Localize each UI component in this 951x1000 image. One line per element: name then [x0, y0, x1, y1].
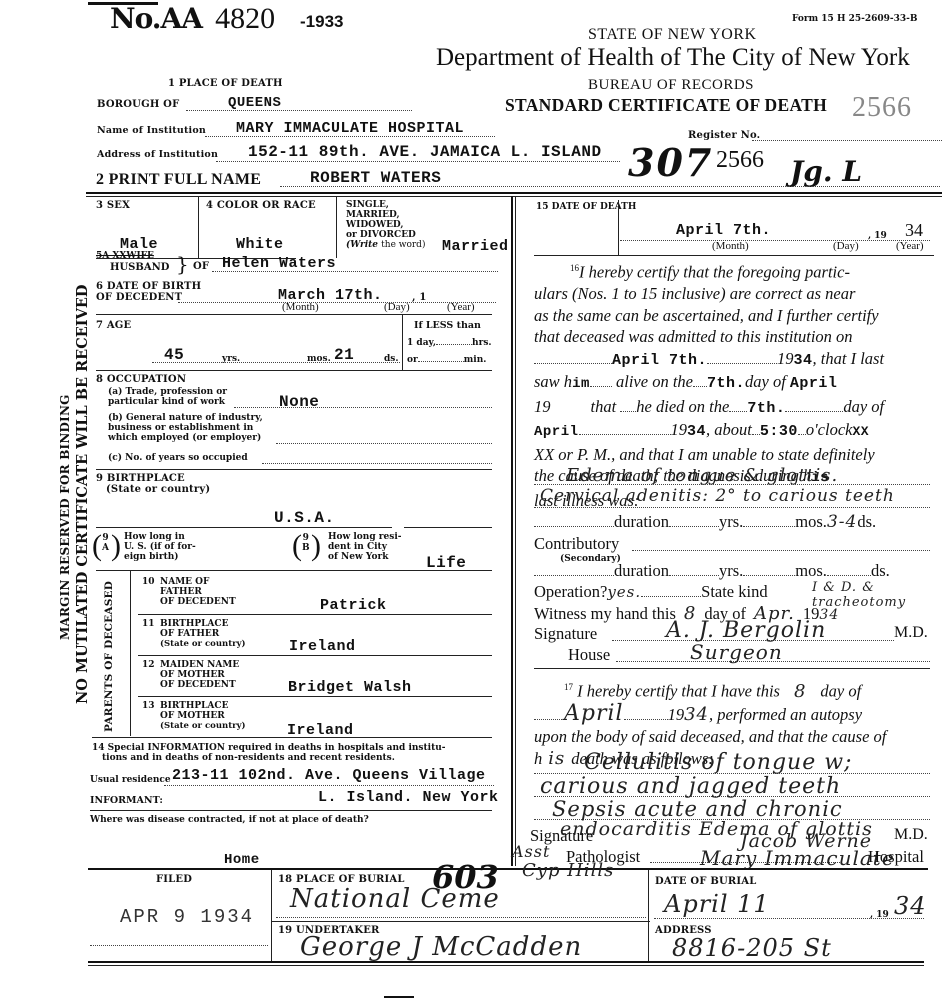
birthplace-value: U.S.A.	[274, 509, 335, 527]
date-of-death-label: 15 DATE OF DEATH	[536, 202, 636, 212]
parent-row-11-num: 11	[142, 619, 155, 629]
sex-label: 3 SEX	[96, 200, 130, 211]
spouse-brace: }	[176, 252, 189, 276]
full-name-value: ROBERT WATERS	[310, 169, 441, 187]
hospital-value: Mary Immaculate	[700, 846, 895, 870]
primary-duration-row: durationyrs.mos.3-4ds.	[534, 512, 876, 532]
age-years-value: 45	[164, 346, 184, 364]
primary-duration-days: 3-4	[827, 512, 857, 532]
filed-stamp: APR 9 1934	[120, 906, 254, 928]
age-label: 7 AGE	[96, 320, 131, 331]
rule-certification	[534, 668, 930, 669]
address-label: Address of Institution	[97, 149, 218, 160]
operation-value: yes.	[607, 583, 641, 601]
burial-address-value: 8816-205 St	[672, 934, 832, 962]
occupation-label: 8 OCCUPATION	[96, 374, 186, 385]
hospital-label: Hospital	[868, 847, 924, 867]
date-of-death-value: April 7th.	[676, 222, 771, 239]
stamp-number: 2566	[852, 92, 912, 124]
parent-row-10-label: NAME OF FATHER OF DECEDENT	[160, 577, 236, 607]
rule-dob	[96, 314, 492, 315]
race-value: White	[236, 236, 284, 253]
marital-label-line: MARRIED,	[346, 210, 425, 220]
diagnosis-line-1: Edema of tongue & glottis.	[566, 465, 838, 486]
informant-label: INFORMANT:	[90, 796, 163, 806]
saw-pronoun: im	[572, 376, 590, 392]
contributory-field	[632, 550, 930, 551]
dod-year-prefix: , 19	[868, 231, 887, 241]
rule-dod	[534, 255, 934, 256]
sex-race-divider	[198, 196, 199, 258]
bureau-heading: BUREAU OF RECORDS	[588, 77, 754, 94]
marital-value: Married	[442, 238, 509, 255]
dod-year-caption: (Year)	[896, 240, 924, 252]
address-field	[216, 161, 620, 162]
cert-no-value: 4820	[215, 2, 275, 35]
burial-place-value: National Ceme	[290, 884, 500, 914]
bottom-mark	[384, 996, 414, 998]
rule-parent-11	[138, 655, 492, 656]
header-double-rule-1	[86, 192, 942, 194]
state-heading: STATE OF NEW YORK	[588, 26, 757, 44]
residence-9a-label: How long in U. S. (if of for- eign birth…	[124, 532, 196, 562]
age-divider	[402, 314, 403, 370]
age-days-value: 21	[334, 346, 354, 364]
residence-9a-num: 9 A	[102, 533, 109, 553]
signature-label: Signature	[534, 624, 597, 644]
marital-label-line: SINGLE,	[346, 200, 425, 210]
usual-residence-label: Usual residence	[90, 775, 171, 785]
certificate-number: No.AA 4820	[110, 2, 275, 36]
burial-date-divider	[648, 870, 649, 962]
pathologist-prefix: Asst	[512, 842, 550, 861]
occupation-c-field	[262, 463, 492, 464]
admitted-year: 34	[794, 352, 813, 369]
marital-write-hint: (Write the word)	[346, 240, 425, 250]
residence-9a-paren-close: )	[111, 529, 121, 563]
parent-row-11-label: BIRTHPLACE OF FATHER (State or country)	[160, 619, 246, 649]
disease-contracted-label: Where was disease contracted, if not at …	[90, 815, 369, 825]
special-info-label: 14 Special INFORMATION required in death…	[92, 743, 446, 763]
rule-bottom-top	[88, 868, 928, 870]
parents-side-label: PARENTS OF DECEASED	[104, 581, 115, 732]
place-of-death-heading: 1 PLACE OF DEATH	[168, 78, 283, 89]
rule-bottom-1	[88, 961, 924, 963]
column-divider	[511, 196, 513, 866]
contributory-label: Contributory	[534, 534, 619, 554]
age-field	[152, 362, 400, 363]
spouse-value: Helen Waters	[222, 255, 336, 272]
autopsy-day: 8	[794, 681, 806, 702]
spouse-label-struck: 5A XXWIFE	[96, 251, 169, 262]
race-marital-divider	[336, 196, 337, 258]
address-value: 152-11 89th. AVE. JAMAICA L. ISLAND	[248, 143, 602, 161]
rule-parent-13	[92, 737, 492, 738]
autopsy-pronoun: is	[548, 748, 565, 769]
margin-mutilated-text: NO MUTILATED CERTIFICATE WILL BE RECEIVE…	[74, 285, 91, 704]
cert-year-suffix: -1933	[300, 12, 343, 32]
age-ds-label: ds.	[384, 354, 399, 364]
parents-divider	[130, 570, 131, 736]
age-one-day: 1 day,hrs.	[407, 338, 492, 348]
age-yrs-label: yrs.	[222, 354, 240, 364]
dob-month-caption: (Month)	[282, 301, 319, 313]
undertaker-value: George J McCadden	[300, 932, 582, 962]
occupation-a-label: (a) Trade, profession or particular kind…	[108, 387, 227, 407]
father-name-value: Patrick	[320, 597, 387, 614]
occupation-c-label: (c) No. of years so occupied	[108, 453, 248, 463]
borough-label: BOROUGH OF	[97, 99, 179, 110]
alive-month: April	[790, 375, 838, 392]
register-typed: 2566	[716, 147, 764, 174]
father-birthplace-value: Ireland	[289, 638, 356, 655]
occupation-b-label: (b) General nature of industry, business…	[108, 413, 263, 443]
burial-place-field	[276, 917, 646, 918]
occupation-a-value: None	[279, 393, 319, 411]
department-heading: Department of Health of The City of New …	[436, 44, 910, 72]
marital-label: SINGLE, MARRIED, WIDOWED, or DIVORCED (W…	[346, 200, 425, 250]
dod-month-caption: (Month)	[712, 240, 749, 252]
age-mos-label: mos.	[307, 354, 331, 364]
parent-row-12-num: 12	[142, 660, 155, 670]
form-number: Form 15 H 25-2609-33-B	[792, 14, 918, 24]
certificate-title: STANDARD CERTIFICATE OF DEATH	[505, 95, 827, 116]
birthplace-label: 9 BIRTHPLACE (State or country)	[96, 473, 210, 495]
institution-label: Name of Institution	[97, 125, 206, 136]
secondary-duration-row: durationyrs.mos.ds.	[534, 561, 890, 581]
rule-occupation	[96, 469, 492, 470]
top-rule	[88, 2, 158, 5]
spouse-label-husband: HUSBAND	[110, 262, 169, 273]
occupation-b-field	[276, 443, 492, 444]
institution-value: MARY IMMACULATE HOSPITAL	[236, 120, 464, 137]
dod-divider	[618, 200, 619, 255]
filed-label: FILED	[156, 874, 192, 885]
autopsy-md: M.D.	[894, 826, 928, 844]
residence-9b-num: 9 B	[302, 533, 310, 553]
filed-divider	[271, 870, 272, 962]
usual-residence-value-2: L. Island. New York	[318, 789, 499, 806]
register-handwritten: 307	[628, 140, 713, 185]
dob-day-caption: (Day)	[384, 301, 410, 313]
marital-label-line: WIDOWED,	[346, 220, 425, 230]
disease-contracted-value: Home	[224, 852, 260, 868]
diagnosis-field-2	[534, 507, 930, 508]
death-time: 5:30	[760, 423, 798, 440]
mother-maiden-name-value: Bridget Walsh	[288, 679, 412, 696]
full-name-label: 2 PRINT FULL NAME	[96, 171, 261, 189]
dob-year-prefix: , 1	[412, 292, 427, 303]
residence-9a-paren: (	[92, 529, 102, 563]
diagnosis-line-2: Cervical adenitis: 2° to carious teeth	[540, 486, 895, 506]
burial-year-prefix: , 19	[870, 910, 889, 920]
rule-parent-10	[138, 614, 492, 615]
died-year: 34	[687, 423, 706, 440]
diagnosis-field-1	[534, 484, 930, 485]
rule-parent-12	[138, 696, 492, 697]
usual-residence-value-1: 213-11 102nd. Ave. Queens Village	[172, 767, 486, 784]
spouse-of-label: OF	[193, 261, 209, 272]
residence-9b-paren: (	[292, 529, 302, 563]
dod-day-caption: (Day)	[833, 240, 859, 252]
rule-age	[96, 370, 492, 371]
house-value: Surgeon	[690, 640, 783, 664]
died-month: April	[534, 424, 579, 440]
header-double-rule-2	[86, 196, 942, 197]
age-less-than: If LESS than	[414, 321, 481, 331]
died-day: 7th.	[747, 400, 785, 417]
rule-informant	[90, 810, 492, 811]
filed-field	[90, 945, 268, 946]
burial-date-value: April 11	[664, 890, 770, 918]
race-label: 4 COLOR OR RACE	[206, 200, 316, 211]
admitted-date: April 7th.	[612, 352, 707, 369]
burial-date-label: DATE OF BURIAL	[655, 876, 756, 887]
rule-birthplace-b	[404, 527, 492, 528]
rule-burial	[272, 921, 650, 922]
borough-field	[186, 110, 412, 111]
autopsy-month: April	[564, 701, 624, 726]
autopsy-finding-2: carious and jagged teeth	[540, 774, 841, 799]
parent-row-12-label: MAIDEN NAME OF MOTHER OF DECEDENT	[160, 660, 239, 690]
autopsy-finding-1: Cellulitis of tongue w;	[584, 750, 852, 775]
column-divider-2	[515, 196, 516, 866]
parent-row-10-num: 10	[142, 577, 155, 587]
margin-binding-text: MARGIN RESERVED FOR BINDING	[60, 394, 71, 640]
signature-md: M.D.	[894, 624, 928, 642]
age-or-min: ormin.	[407, 355, 486, 365]
residence-9b-label: How long resi- dent in City of New York	[328, 532, 401, 562]
burial-year-value: 34	[894, 892, 927, 920]
parent-row-13-label: BIRTHPLACE OF MOTHER (State or country)	[160, 701, 246, 731]
rule-residence	[96, 570, 492, 571]
rule-birthplace	[96, 527, 392, 528]
operation-row: Operation?yes.State kind	[534, 582, 768, 602]
register-initials: Jg. L	[790, 155, 862, 188]
usual-residence-field	[164, 785, 494, 786]
dob-year-caption: (Year)	[447, 301, 475, 313]
dod-year-value: 34	[905, 220, 923, 241]
dob-label: 6 DATE OF BIRTH OF DECEDENT	[96, 281, 201, 303]
cert-no-prefix: No.AA	[110, 2, 202, 35]
occupation-a-field	[234, 407, 492, 408]
borough-value: QUEENS	[228, 95, 281, 111]
house-label: House	[568, 645, 610, 665]
autopsy-year: 34	[684, 704, 709, 725]
spouse-label: 5A XXWIFE HUSBAND	[96, 251, 169, 273]
handwritten-cemetery-note: Cyp Hills	[522, 860, 614, 881]
parent-row-13-num: 13	[142, 701, 155, 711]
marital-label-line: or DIVORCED	[346, 230, 425, 240]
register-field	[752, 140, 942, 141]
alive-day: 7th.	[707, 375, 745, 392]
rule-bottom-2	[88, 965, 924, 966]
residence-9b-paren-close: )	[311, 529, 321, 563]
